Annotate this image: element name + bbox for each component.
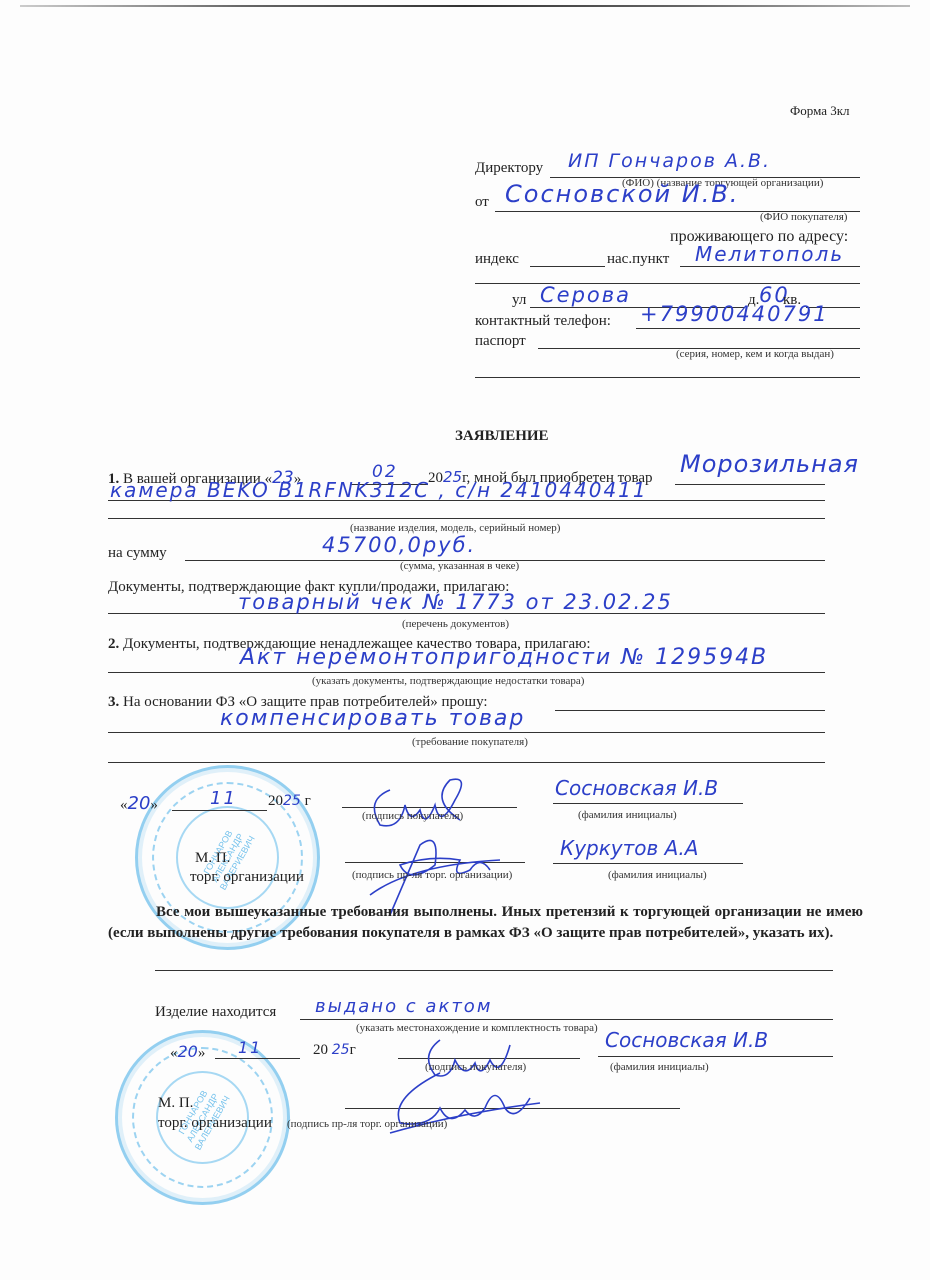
section3-caption: (требование покупателя) xyxy=(412,736,528,748)
index-field[interactable] xyxy=(530,266,605,267)
sign2-year-suffix[interactable]: 25 xyxy=(332,1042,350,1058)
rep-name-line-1 xyxy=(553,863,743,864)
sign1-month-line xyxy=(172,810,267,811)
section3-line-3 xyxy=(108,762,825,763)
section2-value[interactable]: Акт неремонтопригодности № 129594В xyxy=(240,645,768,670)
statement-text: Все мои вышеуказанные требования выполне… xyxy=(108,902,863,944)
sign2-month-line xyxy=(215,1058,300,1059)
section2-number: 2. xyxy=(108,636,119,652)
section2-caption: (указать документы, подтверждающие недос… xyxy=(312,675,584,687)
sign2-day[interactable]: 20 xyxy=(178,1042,198,1061)
from-label: от xyxy=(475,194,489,211)
rep-signature-caption-2: (подпись пр-ля торг. организации) xyxy=(287,1118,447,1130)
location-value[interactable]: выдано с актом xyxy=(315,996,492,1017)
location-line xyxy=(300,1019,833,1020)
location-label: Изделие находится xyxy=(155,1004,276,1021)
passport-line-2 xyxy=(475,377,860,378)
address-line xyxy=(475,283,860,284)
from-value[interactable]: Сосновской И.В. xyxy=(505,180,739,208)
docs-value[interactable]: товарный чек № 1773 от 23.02.25 xyxy=(238,590,673,614)
org-label-2: торг. организации xyxy=(158,1115,272,1132)
section3-number: 3. xyxy=(108,694,119,710)
street-value[interactable]: Серова xyxy=(540,283,631,307)
section3-line-2 xyxy=(108,732,825,733)
sign1-date: «20» xyxy=(120,793,158,814)
rep-name-caption-1: (фамилия инициалы) xyxy=(608,869,707,881)
buyer-name-caption-2: (фамилия инициалы) xyxy=(610,1061,709,1073)
rep-signature-caption-1: (подпись пр-ля торг. организации) xyxy=(352,869,512,881)
mp-label-2: М. П. xyxy=(158,1095,193,1112)
passport-label: паспорт xyxy=(475,333,526,350)
passport-caption: (серия, номер, кем и когда выдан) xyxy=(676,348,834,360)
locality-value[interactable]: Мелитополь xyxy=(695,242,844,266)
sign1-year: 2025 г xyxy=(268,793,311,810)
page-top-edge xyxy=(20,5,910,7)
sign2-date: «20» xyxy=(170,1042,205,1062)
section3-value[interactable]: компенсировать товар xyxy=(220,706,525,731)
sign2-month[interactable]: 11 xyxy=(238,1038,262,1057)
buyer-signature-caption-1: (подпись покупателя) xyxy=(362,810,463,822)
sum-label: на сумму xyxy=(108,545,167,562)
phone-label: контактный телефон: xyxy=(475,313,611,330)
director-label: Директору xyxy=(475,160,543,177)
rep-name-1[interactable]: Куркутов А.А xyxy=(560,836,698,860)
sum-value[interactable]: 45700,0руб. xyxy=(322,533,476,557)
product-line-1 xyxy=(675,484,825,485)
phone-line xyxy=(636,328,860,329)
buyer-name-1[interactable]: Сосновская И.В xyxy=(555,776,718,800)
buyer-name-line-1 xyxy=(553,803,743,804)
buyer-name-line-2 xyxy=(598,1056,833,1057)
sign1-year-suffix[interactable]: 25 xyxy=(283,793,301,809)
rep-signature-2 xyxy=(370,1068,550,1143)
section3-line-1 xyxy=(555,710,825,711)
sum-caption: (сумма, указанная в чеке) xyxy=(400,560,519,572)
product-value-2[interactable]: камера BEKO B1RFNK312C , с/н 2410440411 xyxy=(110,478,648,502)
director-value[interactable]: ИП Гончаров А.В. xyxy=(568,150,771,172)
mp-label-1: М. П. xyxy=(195,850,230,867)
statement-line xyxy=(155,970,833,971)
form-label: Форма 3кл xyxy=(790,103,850,119)
sign2-year: 20 25г xyxy=(313,1042,356,1059)
buyer-name-2[interactable]: Сосновская И.В xyxy=(605,1028,768,1052)
sign1-day[interactable]: 20 xyxy=(128,793,151,814)
locality-line xyxy=(680,266,860,267)
product-value-1[interactable]: Морозильная xyxy=(680,450,859,478)
sign1-month[interactable]: 11 xyxy=(210,788,237,809)
buyer-name-caption-1: (фамилия инициалы) xyxy=(578,809,677,821)
section2-line xyxy=(108,672,825,673)
index-label: индекс xyxy=(475,251,519,268)
street-label: ул xyxy=(512,292,526,309)
from-caption: (ФИО покупателя) xyxy=(760,211,847,223)
page-title: ЗАЯВЛЕНИЕ xyxy=(455,428,549,445)
org-label-1: торг. организации xyxy=(190,869,304,886)
locality-label: нас.пункт xyxy=(607,251,669,268)
phone-value[interactable]: +79900440791 xyxy=(640,302,829,326)
docs-caption: (перечень документов) xyxy=(402,618,509,630)
product-line-3 xyxy=(108,518,825,519)
